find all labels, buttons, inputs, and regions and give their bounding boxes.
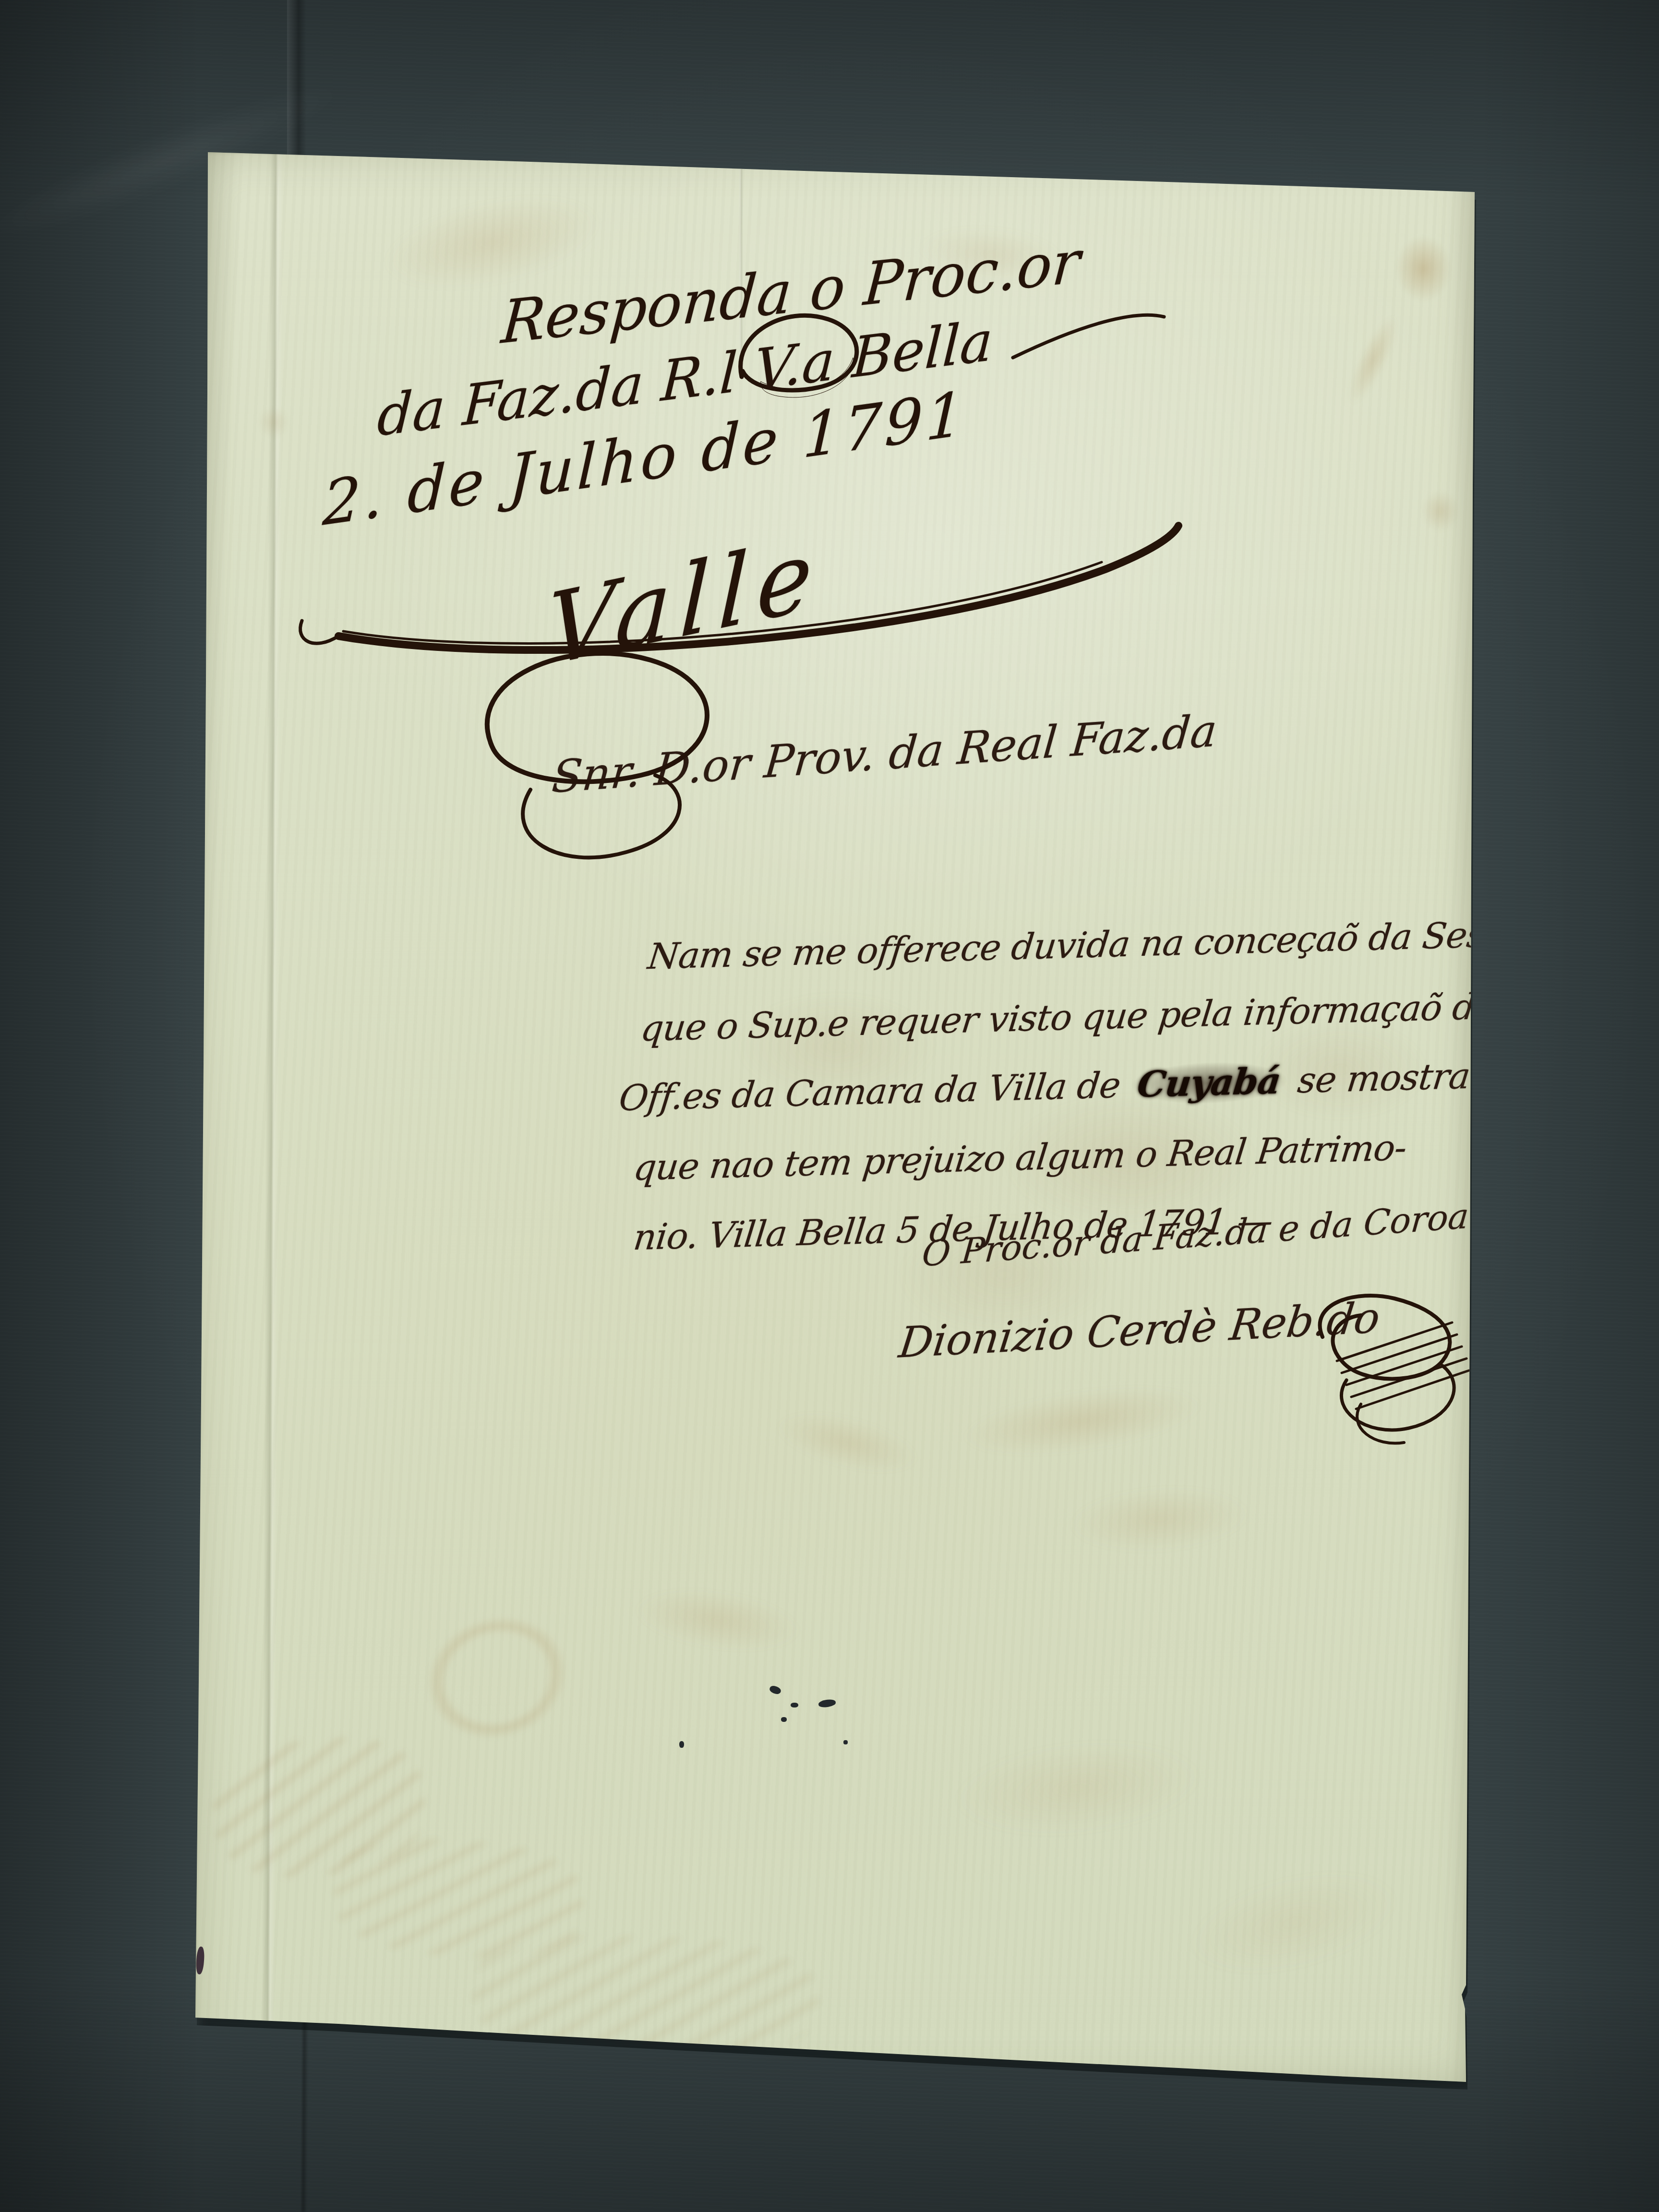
photo-background: { "photo": { "background_color": "#35404… — [0, 0, 1659, 2212]
ink-speck — [679, 1741, 684, 1748]
bleedthrough-streaks — [207, 1730, 432, 1885]
paragraph-mottling — [626, 910, 1467, 1366]
bleedthrough-smudge — [1134, 1826, 1453, 2019]
ink-squiggle-left-edge — [195, 1947, 205, 1975]
body-line-1: Nam se me offerece duvida na conceçaõ da… — [646, 912, 1589, 977]
responda-loop-flourish — [741, 315, 857, 390]
ink-flourish-overlay — [194, 151, 1478, 2086]
bleedthrough-smudge — [598, 1566, 837, 1674]
body-line-3-post: se mostra — [1296, 1056, 1472, 1102]
signoff-line: O Proc.or da Faz.da e da Coroa — [921, 1195, 1471, 1274]
bleedthrough-smudge — [330, 154, 654, 331]
stain-left-top — [252, 401, 295, 444]
stain-top-right-head — [1385, 223, 1462, 314]
body-line-3-pre: Off.es da Camara da Villa de — [617, 1065, 1122, 1119]
despacho-line-2: da Faz.da R.l V.a Bella — [376, 309, 994, 449]
body-line-2: que o Sup.e requer visto que pela inform… — [638, 985, 1516, 1049]
bleedthrough-smudge — [741, 1385, 953, 1499]
place-name-blot: Cuyabá — [1129, 1060, 1289, 1106]
manuscript-page: Responda o Proc.or da Faz.da R.l V.a Bel… — [194, 151, 1478, 2086]
ink-speck — [843, 1740, 848, 1744]
bleedthrough-smudge — [899, 1708, 1256, 1868]
ink-speck — [769, 1684, 782, 1695]
body-line-3: Off.es da Camara da Villa de Cuyabá se m… — [617, 1056, 1472, 1119]
despacho-line-1: Responda o Proc.or — [499, 227, 1082, 357]
governor-rubric: Valle — [546, 516, 823, 689]
rubric-loop-1 — [487, 653, 707, 781]
crease-vertical-top — [740, 153, 742, 360]
crease-left-fold — [261, 151, 283, 2086]
bleedthrough-smudge — [911, 1357, 1255, 1485]
address-line: Snr. D.or Prov. da Real Faz.da — [550, 705, 1219, 803]
responda-tail-flourish — [1013, 315, 1164, 358]
body-line-4: que nao tem prejuizo algum o Real Patrim… — [631, 1127, 1408, 1189]
ink-speck — [781, 1717, 787, 1722]
bleedthrough-smudge — [888, 210, 1094, 299]
signature-line: Dionizio Cerdè Reb.do — [896, 1293, 1382, 1368]
bleedthrough-loop — [380, 1571, 613, 1785]
signature-paraph — [1320, 1296, 1469, 1443]
rubric-loop-2 — [523, 775, 680, 857]
date-underline-swash-thin — [343, 562, 1102, 643]
bleedthrough-smudge — [1032, 1467, 1286, 1571]
bleedthrough-streaks — [330, 1832, 587, 1965]
stain-top-right-tail — [1325, 289, 1420, 431]
date-start-curl — [301, 621, 338, 643]
despacho-line-3: 2. de Julho de 1791 — [322, 377, 968, 540]
date-underline-swash — [338, 526, 1178, 650]
stain-right-mid — [1414, 482, 1467, 540]
ink-speck — [818, 1699, 836, 1708]
body-line-5: nio. Villa Bella 5 de Julho de 1791 — — [631, 1200, 1274, 1258]
ink-speck — [791, 1703, 798, 1707]
responda-loop-crescent — [761, 358, 854, 397]
